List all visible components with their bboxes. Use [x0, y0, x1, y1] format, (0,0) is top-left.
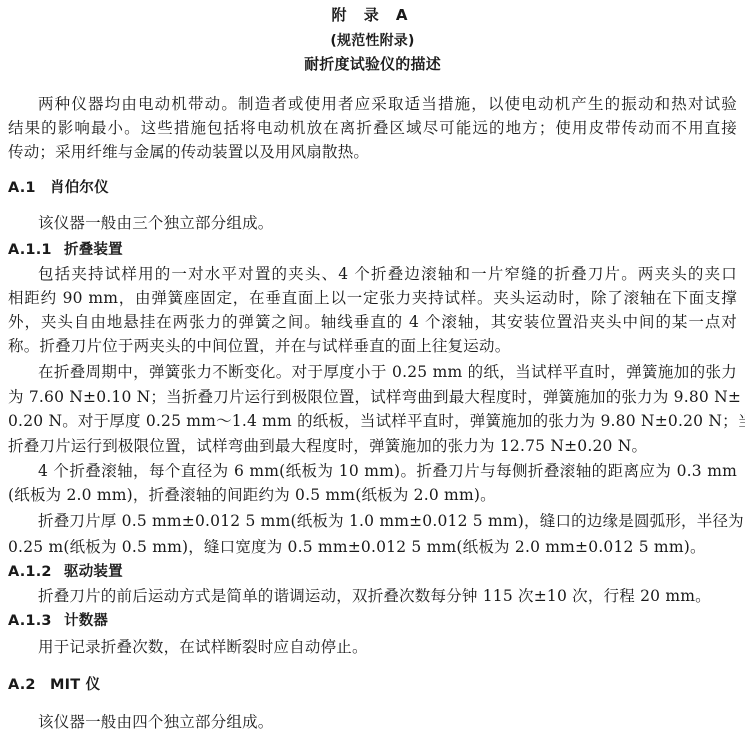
- annex-title: 附 录 A: [0, 5, 745, 25]
- section-heading-a1-3: A.1.3计数器: [8, 611, 108, 631]
- body-line: 0.20 N。对于厚度 0.25 mm～1.4 mm 的纸板，当试样平直时，弹簧…: [8, 411, 737, 431]
- section-number: A.1.1: [8, 240, 52, 260]
- section-title: MIT 仪: [50, 677, 100, 693]
- body-line: 为 7.60 N±0.10 N；当折叠刀片运行到极限位置，试样弯曲到最大程度时，…: [8, 387, 737, 407]
- body-line: 折叠刀片的前后运动方式是简单的谐调运动，双折叠次数每分钟 115 次±10 次，…: [38, 586, 711, 606]
- annex-type: (规范性附录): [0, 31, 745, 51]
- section-number: A.2: [8, 675, 38, 695]
- intro-line: 两种仪器均由电动机带动。制造者或使用者应采取适当措施，以使电动机产生的振动和热对…: [38, 94, 737, 114]
- section-title: 驱动装置: [64, 564, 123, 580]
- body-line: 用于记录折叠次数，在试样断裂时应自动停止。: [38, 637, 368, 657]
- section-number: A.1: [8, 178, 38, 198]
- section-title: 折叠装置: [64, 242, 123, 258]
- body-line: 外，夹头自由地悬挂在两张力的弹簧之间。轴线垂直的 4 个滚轴，其安装位置沿夹头中…: [8, 312, 737, 332]
- body-line: 称。折叠刀片位于两夹头的中间位置，并在与试样垂直的面上往复运动。: [8, 336, 510, 356]
- section-intro: 该仪器一般由三个独立部分组成。: [38, 213, 274, 233]
- body-line: 折叠刀片运行到极限位置，试样弯曲到最大程度时，弹簧施加的张力为 12.75 N±…: [8, 436, 647, 456]
- section-heading-a1-2: A.1.2驱动装置: [8, 562, 123, 582]
- section-number: A.1.2: [8, 562, 52, 582]
- body-line: 折叠刀片厚 0.5 mm±0.012 5 mm(纸板为 1.0 mm±0.012…: [38, 511, 737, 531]
- section-title: 计数器: [64, 613, 108, 629]
- section-heading-a1-1: A.1.1折叠装置: [8, 240, 123, 260]
- section-heading-a2: A.2MIT 仪: [8, 675, 100, 695]
- intro-line: 结果的影响最小。这些措施包括将电动机放在离折叠区域尽可能远的地方；使用皮带传动而…: [8, 118, 737, 138]
- body-line: 包括夹持试样用的一对水平对置的夹头、4 个折叠边滚轴和一片窄缝的折叠刀片。两夹头…: [38, 264, 737, 284]
- body-line: 4 个折叠滚轴，每个直径为 6 mm(纸板为 10 mm)。折叠刀片与每侧折叠滚…: [38, 461, 737, 481]
- body-line: 在折叠周期中，弹簧张力不断变化。对于厚度小于 0.25 mm 的纸，当试样平直时…: [38, 362, 737, 382]
- section-title: 肖伯尔仪: [50, 180, 109, 196]
- section-number: A.1.3: [8, 611, 52, 631]
- annex-heading: 耐折度试验仪的描述: [0, 54, 745, 74]
- body-line: (纸板为 2.0 mm)，折叠滚轴的间距约为 0.5 mm(纸板为 2.0 mm…: [8, 485, 496, 505]
- body-line: 相距约 90 mm，由弹簧座固定，在垂直面上以一定张力夹持试样。夹头运动时，除了…: [8, 288, 737, 308]
- section-heading-a1: A.1肖伯尔仪: [8, 178, 109, 198]
- body-line: 0.25 m(纸板为 0.5 mm)，缝口宽度为 0.5 mm±0.012 5 …: [8, 537, 706, 557]
- section-intro: 该仪器一般由四个独立部分组成。: [38, 712, 274, 732]
- intro-line: 传动；采用纤维与金属的传动装置以及用风扇散热。: [8, 142, 369, 162]
